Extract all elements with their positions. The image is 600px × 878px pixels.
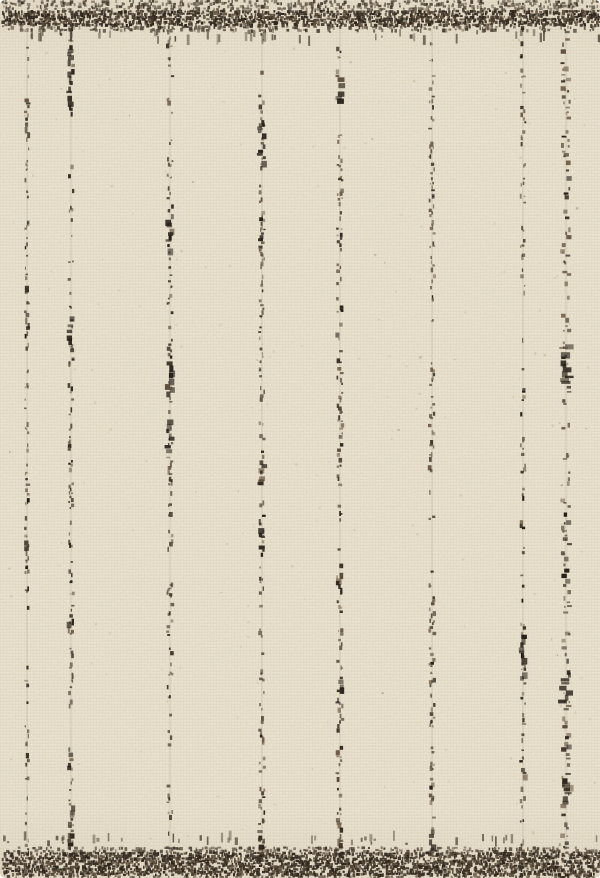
rug-texture-svg: [0, 0, 600, 878]
rug-product-photo: Handwoven flatweave wool rug: cream ivor…: [0, 0, 600, 878]
rug: [0, 0, 600, 878]
rug-grain-brown: [0, 0, 600, 878]
